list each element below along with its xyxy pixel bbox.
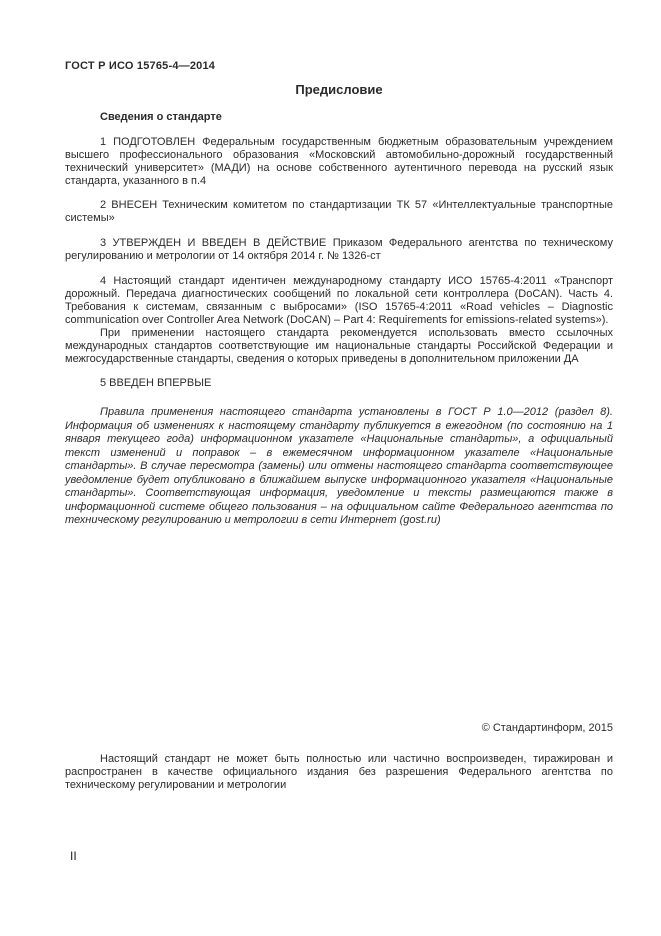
clause-4-application-recommendation: При применении настоящего стандарта реко…: [65, 327, 613, 366]
clause-3-approved: 3 УТВЕРЖДЕН И ВВЕДЕН В ДЕЙСТВИЕ Приказом…: [65, 237, 613, 263]
reproduction-restriction-notice: Настоящий стандарт не может быть полност…: [65, 753, 613, 792]
standard-designation-header: ГОСТ Р ИСО 15765-4—2014: [65, 60, 613, 73]
page-number: II: [70, 850, 77, 863]
clause-2-submitted: 2 ВНЕСЕН Техническим комитетом по станда…: [65, 199, 613, 225]
clause-4-identical-standard: 4 Настоящий стандарт идентичен междунаро…: [65, 275, 613, 327]
section-heading-standard-info: Сведения о стандарте: [65, 111, 613, 124]
copyright-line: © Стандартинформ, 2015: [65, 722, 613, 735]
page-title: Предисловие: [65, 82, 613, 97]
document-page: ГОСТ Р ИСО 15765-4—2014 Предисловие Свед…: [0, 0, 661, 936]
application-rules-note: Правила применения настоящего стандарта …: [65, 406, 613, 528]
clause-5-introduced-first-time: 5 ВВЕДЕН ВПЕРВЫЕ: [65, 377, 613, 390]
clause-1-prepared: 1 ПОДГОТОВЛЕН Федеральным государственны…: [65, 136, 613, 188]
